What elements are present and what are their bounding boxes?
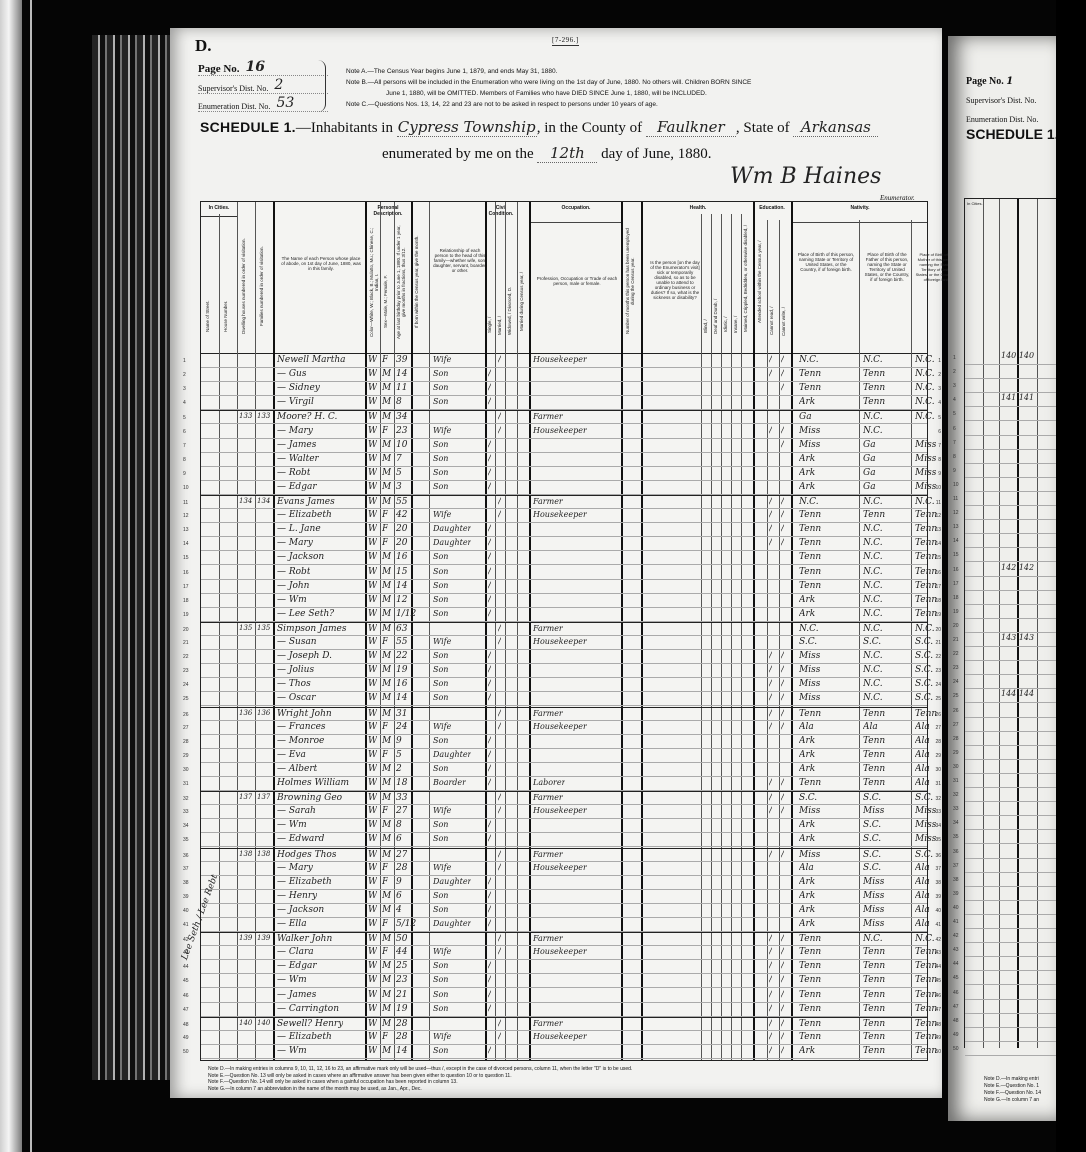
cell-name: Evans James bbox=[277, 497, 335, 507]
cell-name: — John bbox=[277, 581, 309, 591]
cell-sex: M bbox=[382, 793, 391, 803]
cell-write: / bbox=[781, 369, 784, 379]
cell-sex: M bbox=[382, 834, 391, 844]
cell-color: W bbox=[368, 454, 377, 464]
cell-father: N.C. bbox=[863, 581, 883, 591]
cell-mother: N.C. bbox=[915, 624, 935, 634]
cell-read: / bbox=[769, 426, 772, 436]
next-page-number: 1 bbox=[1006, 76, 1013, 87]
cell-dwelling: 139 bbox=[239, 934, 252, 942]
cell-read: / bbox=[769, 990, 772, 1000]
supervisor-label: Supervisor's Dist. No. bbox=[198, 84, 268, 93]
note-b-cont: June 1, 1880, will be OMITTED. Members o… bbox=[346, 88, 926, 99]
cell-line: 15 bbox=[183, 555, 189, 561]
header-birthplace: Place of Birth of this person, naming St… bbox=[797, 252, 855, 272]
cell-father: Tenn bbox=[863, 990, 885, 1000]
cell-line: 46 bbox=[935, 993, 941, 999]
cell-age: 21 bbox=[396, 990, 407, 1000]
cell-father: Tenn bbox=[863, 369, 885, 379]
cell-occupation: Laborer bbox=[533, 778, 565, 787]
cell-line: 45 bbox=[183, 978, 189, 984]
cell-color: W bbox=[368, 1046, 377, 1056]
cell-name: — Wm bbox=[277, 595, 307, 605]
cell-line: 40 bbox=[935, 908, 941, 914]
next-table-row: 10 bbox=[965, 478, 1056, 492]
cell-occupation: Farmer bbox=[533, 1019, 563, 1028]
cell-age: 8 bbox=[396, 397, 402, 407]
cell-dwelling: 138 bbox=[239, 850, 252, 858]
cell-name: — Susan bbox=[277, 637, 317, 647]
civil-condition-mark: / bbox=[488, 1046, 491, 1056]
cell-color: W bbox=[368, 510, 377, 520]
civil-condition-mark: / bbox=[488, 383, 491, 393]
cell-age: 23 bbox=[396, 975, 407, 985]
supervisor-district: 2 bbox=[274, 77, 283, 93]
cell-relation: Son bbox=[433, 665, 448, 674]
cell-line: 19 bbox=[183, 612, 189, 618]
cell-line: 4 bbox=[183, 400, 186, 406]
table-row: 1Newell MarthaWF39Wife/Housekeeper//N.C.… bbox=[201, 354, 927, 368]
cell-sex: F bbox=[382, 722, 388, 732]
header-widowed: Widowed, / Divorced, D. bbox=[507, 282, 512, 340]
cell-read: / bbox=[769, 806, 772, 816]
cell-sex: M bbox=[382, 693, 391, 703]
cell-relation: Son bbox=[433, 679, 448, 688]
cell-line: 27 bbox=[183, 725, 189, 731]
cell-relation: Son bbox=[433, 764, 448, 773]
cell-age: 23 bbox=[396, 426, 407, 436]
cell-color: W bbox=[368, 764, 377, 774]
cell-name: — Jackson bbox=[277, 905, 324, 915]
header-age: Age at last birthday prior to June 1, 18… bbox=[396, 224, 406, 340]
cell-read: / bbox=[769, 722, 772, 732]
cell-color: W bbox=[368, 665, 377, 675]
cell-mother: S.C. bbox=[915, 850, 933, 860]
cell-age: 42 bbox=[396, 510, 407, 520]
cell-relation: Son bbox=[433, 454, 448, 463]
note-c: Note C.—Questions Nos. 13, 14, 22 and 23… bbox=[346, 99, 926, 110]
cell-occupation: Housekeeper bbox=[533, 863, 587, 872]
cell-mother: Miss bbox=[915, 806, 936, 816]
cell-name: — Edward bbox=[277, 834, 324, 844]
cell-name: — Wm bbox=[277, 975, 307, 985]
cell-read: / bbox=[769, 524, 772, 534]
cell-father: Tenn bbox=[863, 709, 885, 719]
cell-age: 55 bbox=[396, 497, 407, 507]
civil-condition-mark: / bbox=[488, 877, 491, 887]
cell-age: 6 bbox=[396, 891, 402, 901]
cell-name: — Walter bbox=[277, 454, 319, 464]
cell-age: 25 bbox=[396, 961, 407, 971]
cell-line: 12 bbox=[183, 513, 189, 519]
next-in-cities: In Cities. bbox=[967, 201, 983, 206]
cell-mother: Tenn bbox=[915, 947, 937, 957]
cell-mother: S.C. bbox=[915, 665, 933, 675]
cell-birth: Ark bbox=[799, 397, 815, 407]
cell-occupation: Housekeeper bbox=[533, 1032, 587, 1041]
cell-relation: Wife bbox=[433, 637, 451, 646]
cell-line: 14 bbox=[183, 541, 189, 547]
cell-name: — Mary bbox=[277, 863, 313, 873]
civil-condition-mark: / bbox=[488, 369, 491, 379]
next-table-row: 31 bbox=[965, 774, 1056, 788]
cell-occupation: Housekeeper bbox=[533, 806, 587, 815]
cell-father: Tenn bbox=[863, 947, 885, 957]
cell-occupation: Housekeeper bbox=[533, 426, 587, 435]
inhabitants-label: —Inhabitants in bbox=[296, 120, 393, 136]
civil-condition-mark: / bbox=[498, 355, 501, 365]
cell-name: — Sarah bbox=[277, 806, 316, 816]
civil-condition-mark: / bbox=[498, 850, 501, 860]
header-color: Color—White, W.; Black, B.; Mulatto, Mu.… bbox=[369, 224, 379, 340]
cell-relation: Wife bbox=[433, 863, 451, 872]
cell-birth: Ark bbox=[799, 891, 815, 901]
cell-sex: M bbox=[382, 1004, 391, 1014]
cell-line: 6 bbox=[183, 429, 186, 435]
cell-age: 10 bbox=[396, 440, 407, 450]
scanner-edge bbox=[0, 0, 22, 1152]
next-table-row: 45 bbox=[965, 971, 1056, 985]
next-table-row: 40 bbox=[965, 901, 1056, 915]
cell-line: 20 bbox=[183, 627, 189, 633]
table-row: 18— WmWM12Son/ArkN.C.Tenn18 bbox=[201, 594, 927, 608]
cell-line: 32 bbox=[183, 796, 189, 802]
table-row: 29— EvaWF5Daughter/ArkTennAla29 bbox=[201, 749, 927, 763]
cell-mother: Ala bbox=[915, 764, 930, 774]
cell-age: 14 bbox=[396, 369, 407, 379]
cell-birth: Tenn bbox=[799, 538, 821, 548]
cell-line: 5 bbox=[938, 415, 941, 421]
civil-condition-mark: / bbox=[488, 891, 491, 901]
civil-condition-mark: / bbox=[488, 665, 491, 675]
cell-birth: Tenn bbox=[799, 581, 821, 591]
cell-line: 50 bbox=[935, 1049, 941, 1055]
cell-name: — Edgar bbox=[277, 482, 317, 492]
cell-dwelling: 133 bbox=[239, 412, 252, 420]
cell-occupation: Housekeeper bbox=[533, 947, 587, 956]
civil-condition-mark: / bbox=[488, 454, 491, 464]
cell-father: N.C. bbox=[863, 651, 883, 661]
table-row: 4— VirgilWM8Son/ArkTennN.C.4 bbox=[201, 396, 927, 410]
cell-sex: M bbox=[382, 961, 391, 971]
next-note-d: Note D.—In making entri bbox=[984, 1076, 1041, 1083]
cell-line: 38 bbox=[935, 880, 941, 886]
cell-relation: Wife bbox=[433, 510, 451, 519]
cell-line: 36 bbox=[935, 853, 941, 859]
cell-line: 37 bbox=[183, 866, 189, 872]
cell-sex: M bbox=[382, 552, 391, 562]
state-label: , State of bbox=[736, 120, 790, 136]
cell-sex: M bbox=[382, 624, 391, 634]
cell-father: S.C. bbox=[863, 820, 881, 830]
header-married-year: Married during Census year, / bbox=[519, 262, 524, 340]
cell-line: 40 bbox=[183, 908, 189, 914]
cell-mother: Ala bbox=[915, 736, 930, 746]
cell-mother: N.C. bbox=[915, 369, 935, 379]
scanner-background bbox=[1056, 0, 1086, 1152]
cell-birth: Ark bbox=[799, 609, 815, 619]
cell-age: 2 bbox=[396, 764, 402, 774]
cell-line: 2 bbox=[938, 372, 941, 378]
cell-name: — Oscar bbox=[277, 693, 316, 703]
cell-name: — Eva bbox=[277, 750, 306, 760]
table-row: 45— WmWM23Son///TennTennTenn45 bbox=[201, 974, 927, 988]
cell-read: / bbox=[769, 778, 772, 788]
enumeration-district: 53 bbox=[276, 95, 294, 111]
cell-color: W bbox=[368, 1032, 377, 1042]
cell-line: 49 bbox=[935, 1035, 941, 1041]
cell-age: 28 bbox=[396, 863, 407, 873]
cell-name: — L. Jane bbox=[277, 524, 321, 534]
cell-age: 14 bbox=[396, 1046, 407, 1056]
cell-relation: Son bbox=[433, 990, 448, 999]
cell-father: S.C. bbox=[863, 863, 881, 873]
cell-line: 29 bbox=[183, 753, 189, 759]
cell-relation: Son bbox=[433, 552, 448, 561]
cell-sex: M bbox=[382, 397, 391, 407]
cell-age: 11 bbox=[396, 383, 407, 393]
cell-father: S.C. bbox=[863, 850, 881, 860]
cell-sex: M bbox=[382, 440, 391, 450]
cell-birth: Ark bbox=[799, 468, 815, 478]
cell-sex: F bbox=[382, 1032, 388, 1042]
cell-line: 9 bbox=[938, 471, 941, 477]
cell-color: W bbox=[368, 609, 377, 619]
cell-father: Ala bbox=[863, 722, 878, 732]
table-row: 5133133Moore? H. C.WM34/FarmerGaN.C.N.C.… bbox=[201, 410, 927, 424]
cell-birth: Ark bbox=[799, 750, 815, 760]
cell-father: N.C. bbox=[863, 679, 883, 689]
header-occupation: Profession, Occupation or Trade of each … bbox=[535, 276, 619, 286]
cell-sex: M bbox=[382, 905, 391, 915]
next-table-row: 27 bbox=[965, 718, 1056, 732]
cell-mother: S.C. bbox=[915, 693, 933, 703]
cell-father: Ga bbox=[863, 454, 876, 464]
cell-father: Miss bbox=[863, 919, 884, 929]
enumerated-label: enumerated by me on the bbox=[382, 146, 534, 162]
next-table-row: 37 bbox=[965, 859, 1056, 873]
cell-age: 12 bbox=[396, 595, 407, 605]
cell-relation: Wife bbox=[433, 426, 451, 435]
civil-condition-mark: / bbox=[498, 934, 501, 944]
cell-mother: Miss bbox=[915, 440, 936, 450]
cell-occupation: Housekeeper bbox=[533, 510, 587, 519]
cell-write: / bbox=[781, 383, 784, 393]
cell-sex: M bbox=[382, 778, 391, 788]
cell-occupation: Farmer bbox=[533, 793, 563, 802]
cell-name: — Carrington bbox=[277, 1004, 339, 1014]
cell-sex: M bbox=[382, 1019, 391, 1029]
cell-father: Ga bbox=[863, 440, 876, 450]
cell-age: 44 bbox=[396, 947, 407, 957]
cell-read: / bbox=[769, 850, 772, 860]
cell-sex: M bbox=[382, 850, 391, 860]
cell-line: 21 bbox=[183, 640, 189, 646]
civil-condition-mark: / bbox=[488, 1004, 491, 1014]
cell-father: Tenn bbox=[863, 1046, 885, 1056]
cell-line: 30 bbox=[183, 767, 189, 773]
cell-line: 33 bbox=[935, 809, 941, 815]
cell-color: W bbox=[368, 834, 377, 844]
cell-name: — Clara bbox=[277, 947, 314, 957]
cell-father: Tenn bbox=[863, 961, 885, 971]
header-idiotic: Idiotic, / bbox=[723, 308, 728, 340]
cell-birth: S.C. bbox=[799, 637, 817, 647]
cell-father: Tenn bbox=[863, 778, 885, 788]
cell-age: 20 bbox=[396, 524, 407, 534]
cell-father: N.C. bbox=[863, 412, 883, 422]
table-row: 39— HenryWM6Son/ArkMissAla39 bbox=[201, 890, 927, 904]
cell-relation: Wife bbox=[433, 1032, 451, 1041]
cell-name: — Elizabeth bbox=[277, 510, 332, 520]
cell-line: 11 bbox=[936, 500, 941, 506]
header-personal: Personal Description. bbox=[367, 205, 409, 217]
cell-birth: Ala bbox=[799, 863, 814, 873]
cell-line: 22 bbox=[183, 654, 189, 660]
cell-relation: Son bbox=[433, 440, 448, 449]
cell-dwelling: 136 bbox=[239, 709, 252, 717]
cell-mother: Ala bbox=[915, 891, 930, 901]
cell-color: W bbox=[368, 497, 377, 507]
header-name: The Name of each Person whose place of a… bbox=[281, 256, 361, 271]
cell-name: — Sidney bbox=[277, 383, 320, 393]
cell-birth: Tenn bbox=[799, 369, 821, 379]
cell-birth: Tenn bbox=[799, 947, 821, 957]
cell-relation: Daughter bbox=[433, 877, 471, 886]
cell-relation: Son bbox=[433, 820, 448, 829]
cell-color: W bbox=[368, 820, 377, 830]
civil-condition-mark: / bbox=[488, 736, 491, 746]
cell-line: 19 bbox=[935, 612, 941, 618]
cell-father: N.C. bbox=[863, 665, 883, 675]
table-row: 6— MaryWF23Wife/Housekeeper//MissN.C.6 bbox=[201, 425, 927, 439]
cell-write: / bbox=[781, 1046, 784, 1056]
cell-dwelling: 140 bbox=[239, 1019, 252, 1027]
cell-line: 4 bbox=[938, 400, 941, 406]
civil-condition-mark: / bbox=[498, 722, 501, 732]
cell-read: / bbox=[769, 1019, 772, 1029]
page-number: 16 bbox=[246, 59, 265, 75]
next-table-row: 5 bbox=[965, 407, 1056, 421]
header-civil: Civil Condition. bbox=[486, 205, 516, 217]
cell-father: Tenn bbox=[863, 764, 885, 774]
cell-father: Miss bbox=[863, 905, 884, 915]
table-row: 28— MonroeWM9Son/ArkTennAla28 bbox=[201, 735, 927, 749]
header-family: Families numbered in order of visitation… bbox=[259, 232, 264, 340]
cell-sex: M bbox=[382, 764, 391, 774]
cell-relation: Daughter bbox=[433, 538, 471, 547]
table-row: 9— RobtWM5Son/ArkGaMiss9 bbox=[201, 467, 927, 481]
cell-age: 8 bbox=[396, 820, 402, 830]
cell-father: Tenn bbox=[863, 1004, 885, 1014]
header-born-month: If born within the Census year, give the… bbox=[414, 224, 419, 340]
cell-line: 6 bbox=[938, 429, 941, 435]
cell-sex: M bbox=[382, 975, 391, 985]
cell-sex: M bbox=[382, 454, 391, 464]
civil-condition-mark: / bbox=[488, 651, 491, 661]
cell-color: W bbox=[368, 637, 377, 647]
cell-father: N.C. bbox=[863, 693, 883, 703]
cell-line: 20 bbox=[935, 627, 941, 633]
next-table-row: 26 bbox=[965, 704, 1056, 718]
table-row: 38— ElizabethWF9Daughter/ArkMissAla38 bbox=[201, 876, 927, 890]
cell-color: W bbox=[368, 750, 377, 760]
next-table-row: 47 bbox=[965, 1000, 1056, 1014]
cell-mother: Ala bbox=[915, 877, 930, 887]
header-occupation-group: Occupation. bbox=[531, 205, 621, 223]
civil-condition-mark: / bbox=[488, 440, 491, 450]
cell-line: 14 bbox=[935, 541, 941, 547]
cell-read: / bbox=[769, 709, 772, 719]
civil-condition-mark: / bbox=[498, 806, 501, 816]
cell-line: 33 bbox=[183, 809, 189, 815]
state: Arkansas bbox=[793, 118, 878, 137]
cell-line: 26 bbox=[935, 712, 941, 718]
cell-birth: Miss bbox=[799, 651, 820, 661]
next-table-row: 9 bbox=[965, 464, 1056, 478]
cell-sex: F bbox=[382, 637, 388, 647]
cell-line: 31 bbox=[183, 781, 189, 787]
cell-sex: F bbox=[382, 538, 388, 548]
cell-birth: Tenn bbox=[799, 990, 821, 1000]
cell-age: 15 bbox=[396, 567, 407, 577]
cell-relation: Son bbox=[433, 693, 448, 702]
cell-relation: Son bbox=[433, 595, 448, 604]
cell-age: 14 bbox=[396, 581, 407, 591]
cell-father: N.C. bbox=[863, 624, 883, 634]
cell-birth: Ark bbox=[799, 482, 815, 492]
table-row: 31Holmes WilliamWM18Boarder/Laborer//Ten… bbox=[201, 777, 927, 791]
enumeration-day: 12th bbox=[537, 144, 597, 163]
cell-write: / bbox=[781, 975, 784, 985]
cell-father: N.C. bbox=[863, 524, 883, 534]
cell-line: 47 bbox=[935, 1007, 941, 1013]
cell-name: Holmes William bbox=[277, 778, 349, 788]
cell-color: W bbox=[368, 806, 377, 816]
cell-father: Tenn bbox=[863, 1032, 885, 1042]
table-row: 19— Lee Seth?WM1/12Son/ArkN.C.Tenn19 bbox=[201, 608, 927, 622]
cell-birth: N.C. bbox=[799, 355, 819, 365]
table-row: 27— FrancesWF24Wife/Housekeeper//AlaAlaA… bbox=[201, 721, 927, 735]
cell-name: Simpson James bbox=[277, 624, 347, 634]
township: Cypress Township bbox=[397, 118, 537, 137]
cell-mother: Tenn bbox=[915, 510, 937, 520]
header-deaf: Deaf and Dumb, / bbox=[713, 292, 718, 340]
cell-line: 37 bbox=[935, 866, 941, 872]
cell-mother: Tenn bbox=[915, 961, 937, 971]
civil-condition-mark: / bbox=[498, 510, 501, 520]
next-table-row: 48 bbox=[965, 1014, 1056, 1028]
cell-occupation: Farmer bbox=[533, 624, 563, 633]
cell-relation: Daughter bbox=[433, 919, 471, 928]
next-page-notes: Note D.—In making entri Note E.—Question… bbox=[984, 1076, 1041, 1104]
cell-line: 29 bbox=[935, 753, 941, 759]
header-school: Attended school within the Census year, … bbox=[757, 224, 762, 340]
cell-relation: Son bbox=[433, 609, 448, 618]
civil-condition-mark: / bbox=[498, 863, 501, 873]
cell-line: 8 bbox=[938, 457, 941, 463]
next-table-row: 19 bbox=[965, 605, 1056, 619]
cell-sex: M bbox=[382, 679, 391, 689]
cell-name: — Wm bbox=[277, 1046, 307, 1056]
cell-read: / bbox=[769, 693, 772, 703]
next-dwelling-family-entry: 142 142 bbox=[1001, 563, 1034, 572]
cell-line: 32 bbox=[935, 796, 941, 802]
cell-mother: Ala bbox=[915, 863, 930, 873]
civil-condition-mark: / bbox=[488, 538, 491, 548]
cell-birth: Miss bbox=[799, 440, 820, 450]
cell-family: 133 bbox=[257, 412, 270, 420]
